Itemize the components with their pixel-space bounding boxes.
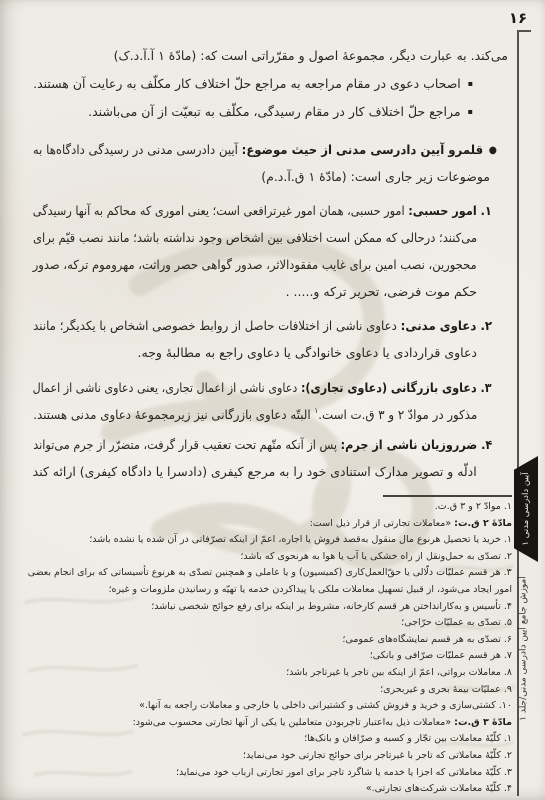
item-line: ۴. ضرروزیان ناشی از جرم:پس از آنکه متّهم…: [33, 435, 492, 457]
footnote-line: ۴. کلّیّهٔ معاملات شرکت‌های تجارتی.»: [28, 782, 512, 797]
footnote-line: ۳. هر قسم عملیّات دلّالی یا حقّ‌العمل‌کا…: [28, 566, 512, 581]
round-bullet-icon: ●: [489, 145, 497, 156]
spine-title-label: آموزش جامع آیین دادرسی مدنی/جلد ۱: [518, 571, 531, 727]
footnote-text: ۳. کلّیّهٔ معاملاتی که اجزا یا خدمه یا ش…: [176, 767, 512, 778]
footnote-line: ۴. تأسیس و به‌کارانداختن هر قسم کارخانه،…: [28, 600, 512, 615]
footnote-line: ۵. تصدّی به عملیّات حرّاجی؛: [28, 616, 512, 631]
item3-text: دعاوی ناشی از اعمال تجاری، یعنی دعاوی نا…: [33, 380, 298, 395]
footnote-text: ۸. معاملات برواتی، اعمّ از اینکه بین تاج…: [286, 667, 512, 678]
footnote-text: «معاملات ذیل به‌اعتبار تاجربودن متعاملین…: [133, 717, 452, 728]
footnote-text: ۲. تصدّی به حمل‌ونقل از راه خشکی یا آب ی…: [240, 551, 512, 562]
square-bullet-icon: ▪: [468, 107, 473, 116]
footnote-text: ۴. کلّیّهٔ معاملات شرکت‌های تجارتی.»: [366, 783, 512, 794]
footnote-text: ۱. کلّیّهٔ معاملات بین تجّار و کسبه و صر…: [304, 733, 512, 744]
square-bullet-icon: ▪: [468, 79, 473, 88]
item-line: مذکور در موادّ ۲ و ۳ ق.ت است.۱ البتّه دع…: [33, 405, 477, 427]
page-number: ۱۶: [503, 9, 533, 27]
bullet-text: مراجع حلّ اختلاف کار در مقام رسیدگی، مکل…: [88, 104, 460, 119]
footnote-lead: مادّهٔ ۲ ق.ت:: [454, 518, 512, 529]
footnote-text: امور ایجاد می‌شود، از قبیل تسهیل معاملات…: [108, 584, 512, 595]
footnote-line: ۱. خرید یا تحصیل هرنوع مال منقول به‌قصد …: [28, 533, 512, 548]
item1-text: می‌کنند؛ درحالی که ممکن است اختلافی بین …: [33, 228, 477, 248]
item3-lead: ۳. دعاوی بازرگانی (دعاوی تجاری):: [301, 380, 492, 395]
footnote-line: ۲. کلّیّهٔ معاملاتی که تاجر با غیرتاجر ب…: [28, 749, 512, 764]
item-line: ۳. دعاوی بازرگانی (دعاوی تجاری):دعاوی نا…: [33, 378, 492, 400]
heading-rest: آیین دادرسی مدنی در رسیدگی دادگاه‌ها به: [33, 142, 238, 157]
footnote-text: ۲. کلّیّهٔ معاملاتی که تاجر با غیرتاجر ب…: [243, 750, 512, 761]
footnote-text: ۶. تصدّی به هر قسم نمایشگاه‌های عمومی؛: [342, 634, 512, 645]
frame-corner-rule: [517, 30, 531, 32]
footnote-line: ۹. عملیّات بیمهٔ بحری و غیربحری؛: [28, 683, 512, 698]
item-line: ۱. امور حسبی:امور حسبی، همان امور غیرترا…: [33, 201, 492, 223]
item1-text: حکم موت فرضی، تحریر ترکه و..... .: [286, 282, 477, 302]
item3-text: البتّه دعاوی بازرگانی نیز زیرمجموعهٔ دعا…: [33, 407, 310, 422]
footnote-line: ۸. معاملات برواتی، اعمّ از اینکه بین تاج…: [28, 666, 512, 681]
item-line: ادلّه و تصویر مدارک استنادی خود را به مر…: [33, 462, 477, 484]
footnote-text: ۷. هر قسم عملیّات صرّافی و بانکی؛: [370, 650, 512, 661]
item2-text: دعاوی قراردادی یا دعاوی خانوادگی یا دعاو…: [138, 343, 477, 363]
intro-text: می‌کند. به عبارت دیگر، مجموعهٔ اصول و مق…: [114, 46, 508, 66]
footnote-text: ۵. تصدّی به عملیّات حرّاجی؛: [401, 617, 512, 628]
item-line: ۲. دعاوی مدنی:دعاوی ناشی از اختلافات حاص…: [33, 316, 492, 338]
footnote-text: ۴. تأسیس و به‌کارانداختن هر قسم کارخانه،…: [151, 601, 512, 612]
heading-lead: قلمرو آیین دادرسی مدنی از حیث موضوع:: [242, 142, 483, 157]
footnote-text: ۱۰. کشتی‌سازی و خرید و فروش کشتی و کشتیر…: [139, 700, 512, 711]
footnote-line: مادّهٔ ۲ ق.ت:«معاملات تجارتی از قرار ذیل…: [28, 517, 512, 532]
item-line: می‌کنند؛ درحالی که ممکن است اختلافی بین …: [33, 228, 477, 250]
item-line: محجورین، نصب امین برای غایب مفقودالاثر، …: [33, 255, 477, 277]
footnote-line: امور ایجاد می‌شود، از قبیل تسهیل معاملات…: [28, 583, 512, 598]
footnote-lead: مادّهٔ ۳ ق.ت:: [454, 717, 512, 728]
footnote-line: ۷. هر قسم عملیّات صرّافی و بانکی؛: [28, 649, 512, 664]
footnote-line: ۱۰. کشتی‌سازی و خرید و فروش کشتی و کشتیر…: [28, 699, 512, 714]
footnote-line: ۱. موادّ ۲ و ۳ ق.ت.: [28, 500, 512, 515]
footnote-separator: [383, 495, 512, 497]
item-line: حکم موت فرضی، تحریر ترکه و..... .: [33, 282, 477, 304]
item2-text: دعاوی ناشی از اختلافات حاصل از روابط خصو…: [33, 318, 397, 333]
chapter-tab: آیین دادرسی مدنی ۱: [514, 456, 538, 562]
book-page-scan: { "page": { "number": "۱۶" }, "glyphs": …: [0, 0, 545, 800]
footnote-line: ۲. تصدّی به حمل‌ونقل از راه خشکی یا آب ی…: [28, 550, 512, 565]
item1-lead: ۱. امور حسبی:: [408, 203, 492, 218]
section-heading-line: ●قلمرو آیین دادرسی مدنی از حیث موضوع:آیی…: [33, 140, 497, 162]
item3-text: مذکور در موادّ ۲ و ۳ ق.ت است.: [318, 407, 477, 422]
footnote-line: مادّهٔ ۳ ق.ت:«معاملات ذیل به‌اعتبار تاجر…: [28, 716, 512, 731]
footnote-text: ۱. خرید یا تحصیل هرنوع مال منقول به‌قصد …: [89, 534, 512, 545]
footnote-text: ۱. موادّ ۲ و ۳ ق.ت.: [435, 501, 512, 512]
footnote-text: ۳. هر قسم عملیّات دلّالی یا حقّ‌العمل‌کا…: [28, 567, 512, 578]
item1-text: محجورین، نصب امین برای غایب مفقودالاثر، …: [33, 255, 477, 275]
footnote-line: ۱. کلّیّهٔ معاملات بین تجّار و کسبه و صر…: [28, 732, 512, 747]
bullet-text: اصحاب دعوی در مقام مراجعه به مراجع حلّ ا…: [33, 76, 461, 91]
chapter-tab-label: آیین دادرسی مدنی ۱: [519, 461, 533, 557]
spine-title: آموزش جامع آیین دادرسی مدنی/جلد ۱: [513, 570, 535, 726]
section-heading-line: موضوعات زیر جاری است: (مادّهٔ ۱ ق.آ.د.م): [33, 167, 490, 189]
item-line: دعاوی قراردادی یا دعاوی خانوادگی یا دعاو…: [33, 343, 477, 365]
bullet-item: ▪مراجع حلّ اختلاف کار در مقام رسیدگی، مک…: [33, 102, 473, 124]
text-line: می‌کند. به عبارت دیگر، مجموعهٔ اصول و مق…: [33, 46, 508, 68]
bullet-item: ▪اصحاب دعوی در مقام مراجعه به مراجع حلّ …: [33, 74, 473, 96]
item4-text: ادلّه و تصویر مدارک استنادی خود را به مر…: [33, 462, 477, 482]
item1-text: امور حسبی، همان امور غیرترافعی است؛ یعنی…: [33, 203, 405, 218]
item4-text: پس از آنکه متّهم تحت تعقیب قرار گرفت، مت…: [33, 437, 337, 452]
item2-lead: ۲. دعاوی مدنی:: [401, 318, 492, 333]
footnote-line: ۳. کلّیّهٔ معاملاتی که اجزا یا خدمه یا ش…: [28, 766, 512, 781]
footnote-line: ۶. تصدّی به هر قسم نمایشگاه‌های عمومی؛: [28, 633, 512, 648]
footnote-text: «معاملات تجارتی از قرار ذیل است:: [310, 518, 451, 529]
heading-line2: موضوعات زیر جاری است: (مادّهٔ ۱ ق.آ.د.م): [261, 167, 490, 187]
footnote-text: ۹. عملیّات بیمهٔ بحری و غیربحری؛: [380, 684, 512, 695]
item4-lead: ۴. ضرروزیان ناشی از جرم:: [340, 437, 492, 452]
